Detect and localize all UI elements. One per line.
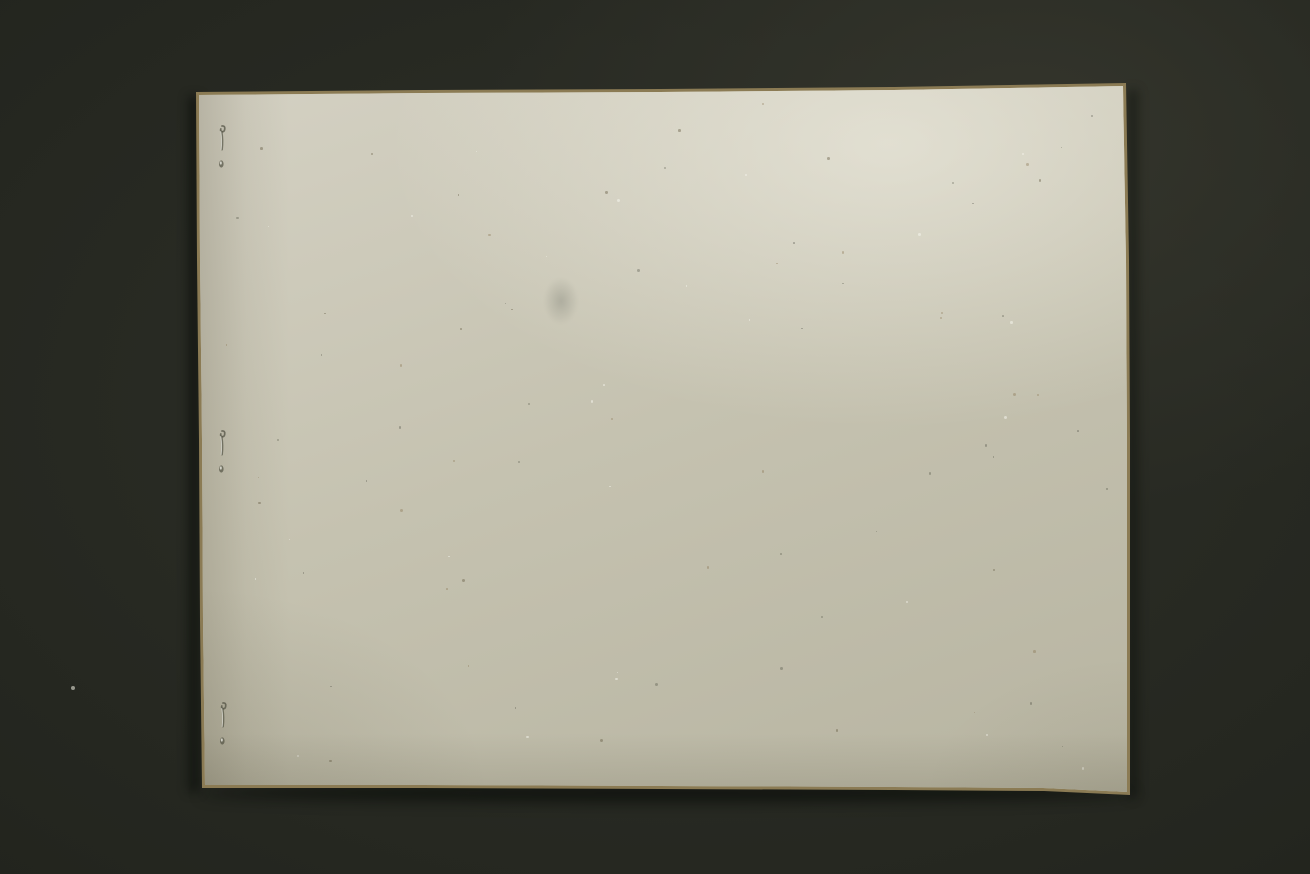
paper-speck: [615, 678, 617, 680]
paper-speck: [446, 588, 448, 590]
paper-speck: [366, 480, 367, 481]
paper-speck: [940, 317, 942, 319]
paper-speck: [488, 234, 491, 237]
paper-speck: [655, 683, 658, 686]
paper-speck: [906, 601, 908, 603]
paper-speck: [611, 418, 613, 420]
paper-speck: [458, 194, 459, 195]
paper-speck: [600, 739, 603, 742]
paper-speck: [918, 233, 921, 236]
paper-speck: [591, 400, 593, 402]
paper-speck: [515, 707, 517, 709]
paper-speck: [518, 461, 520, 463]
paper-speck: [277, 439, 279, 441]
paper-speck: [686, 285, 687, 286]
paper-speck: [329, 760, 332, 763]
paper-speck: [453, 460, 455, 462]
staple-icon: [215, 122, 229, 182]
paper-speck: [448, 556, 449, 557]
paper-speck: [993, 456, 994, 457]
paper-speck: [268, 226, 270, 228]
staple-icon: [215, 427, 229, 487]
paper-speck: [1022, 153, 1024, 155]
staple-icon: [216, 699, 230, 759]
paper-speck: [526, 736, 528, 738]
paper-speck: [321, 354, 322, 355]
paper-speck: [836, 729, 838, 731]
paper-speck: [411, 215, 413, 217]
paper-speck: [986, 734, 988, 736]
paper-speck: [330, 686, 332, 688]
paper-speck: [1037, 394, 1039, 396]
booklet: [194, 80, 1134, 798]
paper-speck: [400, 364, 403, 367]
staple: [215, 122, 229, 186]
paper-speck: [1062, 746, 1063, 747]
paper-speck: [842, 283, 844, 285]
staple: [215, 427, 229, 491]
paper-speck: [1091, 115, 1093, 117]
paper-speck: [528, 403, 530, 405]
paper-speck: [605, 191, 607, 193]
paper-speck: [749, 319, 751, 321]
paper-speck: [324, 313, 326, 315]
paper-speck: [226, 344, 227, 345]
paper-speck: [1004, 416, 1007, 419]
paper-speck: [303, 572, 305, 574]
paper-speck: [993, 569, 995, 571]
paper-speck: [236, 217, 238, 219]
paper-speck: [1026, 163, 1029, 166]
paper-speck: [1061, 147, 1062, 148]
paper-speck: [289, 539, 290, 540]
paper-speck: [603, 384, 605, 386]
paper-speck: [617, 672, 619, 674]
staple: [216, 699, 230, 763]
booklet-cover: [194, 80, 1134, 798]
paper-speck: [985, 444, 988, 447]
paper-speck: [1039, 179, 1042, 182]
paper-speck: [258, 477, 259, 478]
paper-speck: [1033, 650, 1036, 653]
paper-speck: [762, 103, 765, 106]
paper-speckles: [194, 80, 1134, 798]
paper-speck: [801, 328, 802, 329]
paper-speck: [609, 486, 611, 488]
paper-speck: [974, 712, 975, 713]
paper-speck: [511, 309, 513, 311]
paper-speck: [546, 256, 547, 257]
paper-speck: [617, 199, 620, 202]
paper-speck: [460, 328, 462, 330]
paper-speck: [400, 509, 403, 512]
paper-speck: [476, 151, 478, 153]
paper-speck: [745, 174, 747, 176]
paper-speck: [821, 616, 823, 618]
paper-speck: [1010, 321, 1012, 323]
paper-speck: [258, 502, 261, 505]
paper-speck: [1106, 488, 1107, 489]
paper-speck: [255, 578, 256, 579]
paper-speck: [1030, 702, 1032, 704]
paper-speck: [780, 553, 782, 555]
paper-speck: [876, 531, 877, 532]
photo-background: [0, 0, 1310, 874]
paper-speck: [793, 242, 795, 244]
paper-speck: [707, 566, 710, 569]
paper-speck: [762, 470, 764, 472]
paper-speck: [297, 755, 299, 757]
paper-speck: [260, 147, 263, 150]
paper-speck: [952, 182, 954, 184]
paper-speck: [1077, 430, 1079, 432]
smudge-mark: [538, 270, 584, 332]
paper-speck: [972, 203, 974, 205]
paper-speck: [664, 167, 666, 169]
paper-speck: [371, 153, 373, 155]
paper-speck: [468, 665, 470, 667]
paper-speck: [462, 579, 465, 582]
paper-speck: [505, 303, 507, 305]
paper-speck: [1013, 393, 1016, 396]
paper-speck: [842, 251, 845, 254]
paper-speck: [780, 667, 783, 670]
paper-speck: [637, 269, 640, 272]
surface-speck: [71, 686, 75, 690]
paper-speck: [827, 157, 830, 160]
paper-speck: [1082, 767, 1084, 769]
paper-speck: [399, 426, 401, 428]
paper-speck: [941, 312, 943, 314]
paper-speck: [1002, 315, 1004, 317]
paper-speck: [678, 129, 681, 132]
paper-speck: [776, 263, 777, 264]
paper-speck: [929, 472, 931, 474]
